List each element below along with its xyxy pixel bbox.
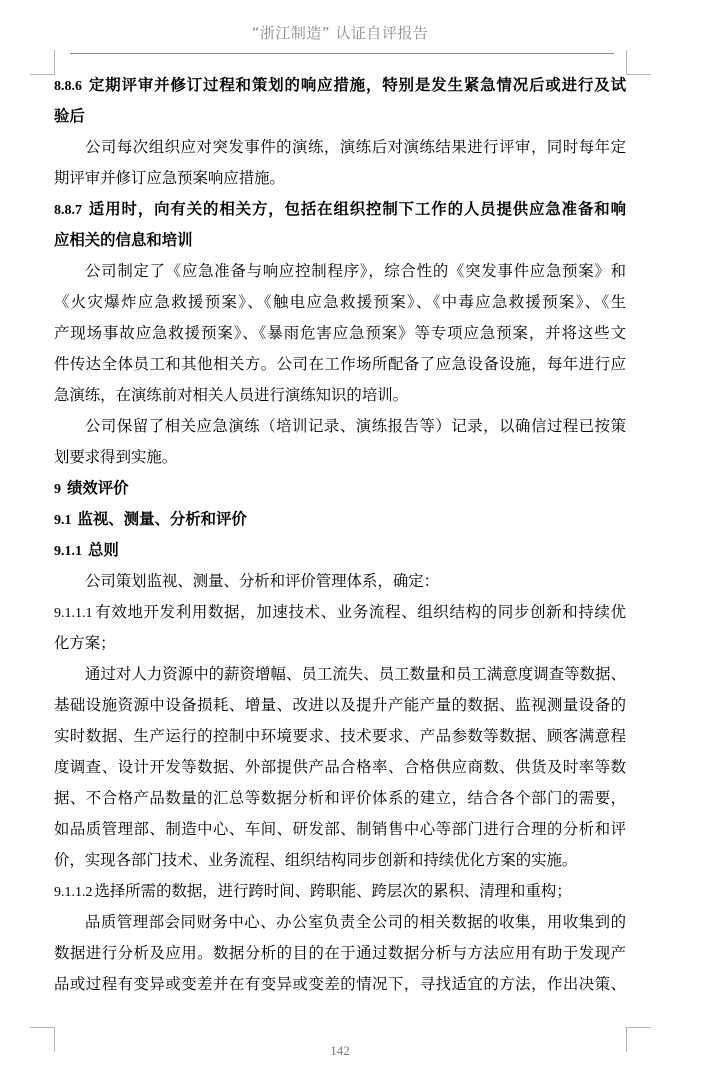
item-number: 9.1.1.1 bbox=[54, 606, 93, 621]
paragraph: 品质管理部会同财务中心、办公室负责全公司的相关数据的收集，用收集到的 数据进行分… bbox=[54, 907, 626, 1000]
heading-8-8-6: 8.8.6定期评审并修订过程和策划的响应措施，特别是发生紧急情况后或进行及试 验… bbox=[54, 70, 626, 132]
header-rule bbox=[70, 53, 614, 54]
heading-text: 绩效评价 bbox=[67, 479, 129, 497]
heading-text: 适用时，向有关的相关方，包括在组织控制下工作的人员提供应急准备和响 bbox=[88, 200, 626, 218]
heading-9-1: 9.1监视、测量、分析和评价 bbox=[54, 504, 626, 535]
heading-text: 总则 bbox=[88, 541, 119, 559]
heading-9: 9绩效评价 bbox=[54, 473, 626, 504]
paragraph: 公司制定了《应急准备与响应控制程序》，综合性的《突发事件应急预案》和 《火灾爆炸… bbox=[54, 256, 626, 411]
heading-text: 验后 bbox=[54, 101, 626, 132]
heading-8-8-7: 8.8.7适用时，向有关的相关方，包括在组织控制下工作的人员提供应急准备和响 应… bbox=[54, 194, 626, 256]
page-number: 142 bbox=[0, 1043, 680, 1059]
heading-9-1-1: 9.1.1总则 bbox=[54, 535, 626, 566]
heading-text: 定期评审并修订过程和策划的响应措施，特别是发生紧急情况后或进行及试 bbox=[88, 76, 626, 94]
section-number: 9.1 bbox=[54, 513, 72, 528]
heading-text: 监视、测量、分析和评价 bbox=[78, 510, 247, 528]
corner-mark-top-left bbox=[30, 50, 55, 75]
document-body: 8.8.6定期评审并修订过程和策划的响应措施，特别是发生紧急情况后或进行及试 验… bbox=[54, 70, 626, 1000]
list-item-9-1-1-2: 9.1.1.2选择所需的数据，进行跨时间、跨职能、跨层次的累积、清理和重构； bbox=[54, 876, 626, 907]
corner-mark-top-right bbox=[626, 50, 651, 75]
section-number: 8.8.6 bbox=[54, 79, 82, 94]
paragraph: 公司策划监视、测量、分析和评价管理体系，确定： bbox=[54, 566, 626, 597]
list-item-9-1-1-1: 9.1.1.1有效地开发利用数据，加速技术、业务流程、组织结构的同步创新和持续优… bbox=[54, 597, 626, 659]
paragraph: 通过对人力资源中的薪资增幅、员工流失、员工数量和员工满意度调查等数据、 基础设施… bbox=[54, 659, 626, 876]
heading-text: 应相关的信息和培训 bbox=[54, 225, 626, 256]
paragraph: 公司保留了相关应急演练（培训记录、演练报告等）记录，以确信过程已按策 划要求得到… bbox=[54, 411, 626, 473]
page-header-title: “浙江制造” 认证自评报告 bbox=[0, 22, 680, 43]
section-number: 9 bbox=[54, 482, 61, 497]
paragraph: 公司每次组织应对突发事件的演练，演练后对演练结果进行评审，同时每年定 期评审并修… bbox=[54, 132, 626, 194]
item-number: 9.1.1.2 bbox=[54, 885, 93, 900]
section-number: 8.8.7 bbox=[54, 203, 82, 218]
section-number: 9.1.1 bbox=[54, 544, 82, 559]
